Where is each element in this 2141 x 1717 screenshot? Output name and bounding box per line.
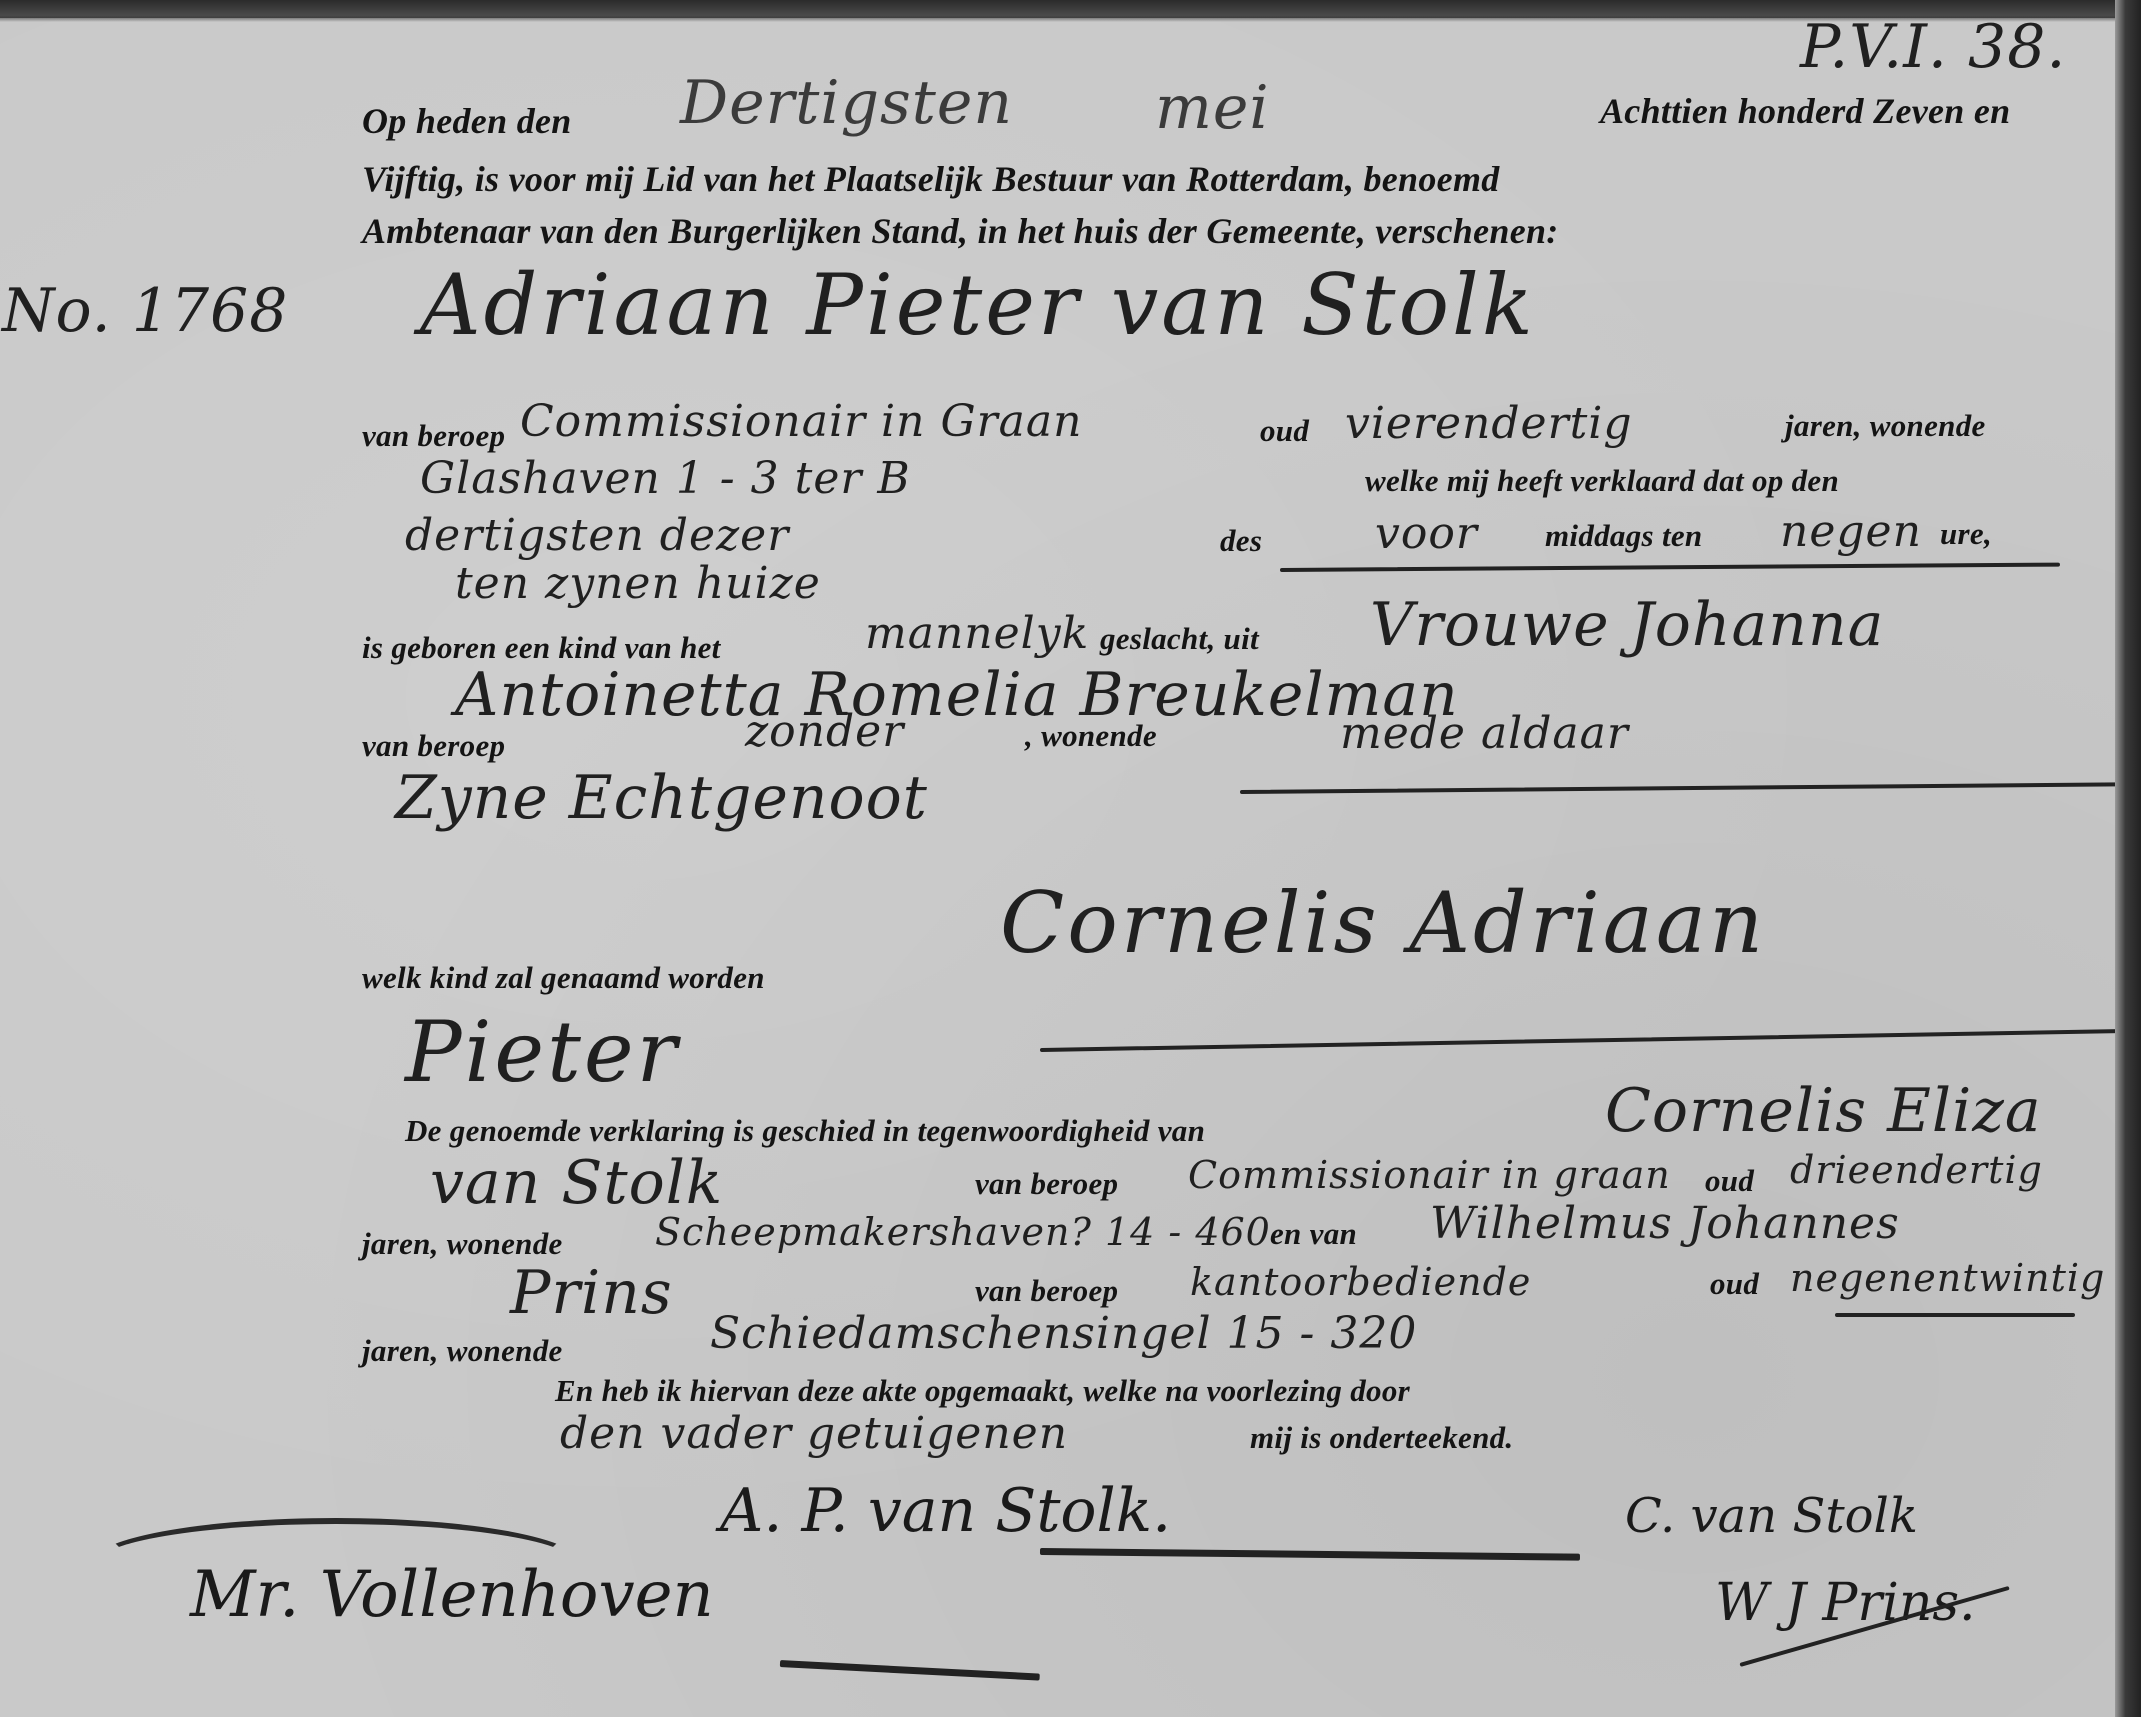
signature-witness2: W J Prins.: [1715, 1573, 1976, 1633]
birth-time-part: voor: [1375, 508, 1478, 559]
declarant-age: vierendertig: [1345, 398, 1633, 449]
signature-official-flourish: [90, 1518, 582, 1610]
printed-verklaard: welke mij heeft verklaard dat op den: [1365, 463, 1839, 499]
printed-op-heden-den: Op heden den: [362, 100, 572, 142]
witness2-age: negenentwintig: [1790, 1256, 2105, 1300]
witness2-name-2: Prins: [510, 1258, 673, 1328]
child-sex: mannelyk: [865, 608, 1089, 659]
mother-residence: mede aldaar: [1340, 708, 1629, 759]
printed-oud-3: oud: [1705, 1163, 1754, 1199]
printed-jaren-wonende-3: jaren, wonende: [362, 1226, 563, 1262]
printed-van-beroep-2: van beroep: [362, 728, 505, 764]
witness2-occupation: kantoorbediende: [1190, 1260, 1531, 1304]
printed-line-2: Vijftig, is voor mij Lid van het Plaatse…: [362, 158, 1500, 200]
document-page: P.V.I. 38. Op heden den Dertigsten mei A…: [0, 18, 2118, 1717]
scan-top-edge: [0, 0, 2141, 22]
blank-line-1: [1280, 563, 2060, 572]
printed-tegenwoordigheid: De genoemde verklaring is geschied in te…: [405, 1113, 1205, 1149]
signature-father: A. P. van Stolk.: [720, 1476, 1171, 1546]
witness1-age: drieendertig: [1790, 1148, 2043, 1192]
birth-place: ten zynen huize: [455, 558, 821, 609]
child-name-2: Pieter: [405, 1003, 680, 1101]
printed-line-3: Ambtenaar van den Burgerlijken Stand, in…: [362, 210, 1559, 252]
witness2-address: Schiedamschensingel 15 - 320: [710, 1308, 1417, 1359]
mother-name-2: Antoinetta Romelia Breukelman: [455, 660, 1459, 730]
printed-genaamd: welk kind zal genaamd worden: [362, 960, 765, 996]
printed-en-van: en van: [1270, 1216, 1357, 1252]
witness1-address: Scheepmakershaven? 14 - 460: [655, 1210, 1271, 1254]
witness1-name-2: van Stolk: [430, 1148, 723, 1218]
witness1-name-1: Cornelis Eliza: [1605, 1076, 2042, 1146]
page-reference: P.V.I. 38.: [1800, 12, 2066, 82]
signature-underline-father: [1040, 1548, 1580, 1561]
declarant-address: Glashaven 1 - 3 ter B: [420, 453, 911, 504]
blank-line-4: [1835, 1313, 2075, 1317]
printed-oud-1: oud: [1260, 413, 1309, 449]
mother-occupation: zonder: [745, 706, 904, 757]
printed-jaren-wonende-4: jaren, wonende: [362, 1333, 563, 1369]
printed-oud-4: oud: [1710, 1266, 1759, 1302]
signed-by: den vader getuigenen: [560, 1408, 1068, 1459]
birth-hour: negen: [1780, 506, 1922, 557]
relation: Zyne Echtgenoot: [395, 763, 928, 833]
printed-des: des: [1220, 523, 1262, 559]
witness1-occupation: Commissionair in graan: [1188, 1153, 1671, 1197]
declarant-occupation: Commissionair in Graan: [520, 396, 1082, 447]
signature-witness1: C. van Stolk: [1625, 1488, 1918, 1544]
birth-day: dertigsten dezer: [405, 510, 789, 561]
printed-middags-ten: middags ten: [1545, 518, 1702, 554]
declarant-name: Adriaan Pieter van Stolk: [420, 256, 1536, 354]
printed-van-beroep-4: van beroep: [975, 1273, 1118, 1309]
printed-van-beroep-3: van beroep: [975, 1166, 1118, 1202]
printed-van-beroep-1: van beroep: [362, 418, 505, 454]
mother-name-1: Vrouwe Johanna: [1370, 590, 1884, 660]
printed-year: Achttien honderd Zeven en: [1600, 90, 2011, 132]
printed-geslacht-uit: geslacht, uit: [1100, 621, 1259, 657]
printed-jaren-wonende-1: jaren, wonende: [1785, 408, 1986, 444]
handwritten-day: Dertigsten: [680, 68, 1013, 138]
blank-line-2: [1240, 782, 2120, 794]
witness2-name-1: Wilhelmus Johannes: [1430, 1198, 1900, 1249]
printed-akte-opgemaakt: En heb ik hiervan deze akte opgemaakt, w…: [555, 1373, 1410, 1409]
printed-onderteekend: mij is onderteekend.: [1250, 1420, 1513, 1456]
handwritten-month: mei: [1155, 73, 1270, 143]
child-name-1: Cornelis Adriaan: [1000, 874, 1766, 972]
blank-line-3: [1040, 1029, 2120, 1052]
printed-wonende-2: , wonende: [1025, 718, 1157, 754]
printed-ure: ure,: [1940, 516, 1992, 552]
signature-underline-official: [780, 1660, 1040, 1681]
certificate-number: No. 1768: [2, 276, 288, 346]
scan-right-edge: [2115, 0, 2141, 1717]
